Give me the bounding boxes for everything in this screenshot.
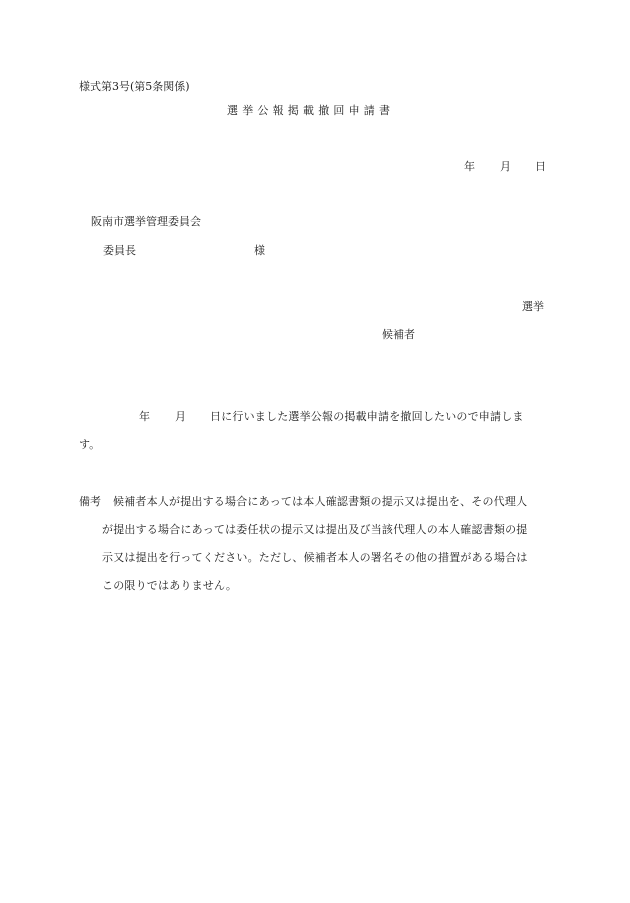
- date-year-label: 年: [464, 160, 475, 174]
- statement-month-label: 月: [175, 410, 186, 424]
- date-day-label: 日: [535, 160, 546, 174]
- remarks-line1: 候補者本人が提出する場合にあっては本人確認書類の提示又は提出を、その代理人: [113, 495, 527, 509]
- statement-year-label: 年: [139, 410, 150, 424]
- remarks-label: 備考: [79, 495, 101, 509]
- candidate-label: 候補者: [382, 328, 415, 342]
- addressee-organization: 阪南市選挙管理委員会: [91, 215, 201, 229]
- document-title: 選挙公報掲載撤回申請書: [227, 104, 394, 118]
- remarks-line2: が提出する場合にあっては委任状の提示又は提出及び当該代理人の本人確認書類の提: [102, 523, 528, 537]
- remarks-line3: 示又は提出を行ってください。ただし、候補者本人の署名その他の措置がある場合は: [102, 551, 528, 565]
- addressee-honorific: 様: [254, 244, 265, 258]
- election-label: 選挙: [522, 300, 544, 314]
- addressee-position: 委員長: [103, 244, 136, 258]
- remarks-line4: この限りではありません。: [102, 579, 237, 593]
- date-month-label: 月: [500, 160, 511, 174]
- statement-text-line2: す。: [79, 438, 100, 452]
- form-number-label: 様式第3号(第5条関係): [79, 80, 190, 94]
- statement-text-line1: 日に行いました選挙公報の掲載申請を撤回したいので申請しま: [210, 410, 524, 424]
